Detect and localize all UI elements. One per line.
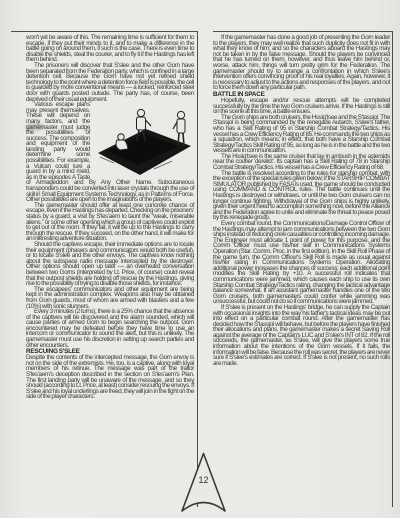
paragraph: If the gamemaster has done a good job of… bbox=[213, 35, 390, 91]
paragraph: Despite the contents of the intercepted … bbox=[26, 355, 194, 400]
paragraph: The escapees' communicators and other eq… bbox=[26, 287, 194, 309]
paragraph: Every combat round, the Communications/D… bbox=[213, 221, 390, 305]
left-column-side-rule bbox=[197, 31, 198, 507]
paragraph: The Hssig'tsee is the same cruiser that … bbox=[213, 154, 390, 171]
paragraph: The gamemaster should offer at least one… bbox=[26, 203, 194, 242]
right-column: If the gamemaster has done a good job of… bbox=[213, 35, 390, 366]
paragraph: won't yet be aware of this. The remainin… bbox=[26, 35, 194, 63]
left-column: won't yet be aware of this. The remainin… bbox=[26, 35, 194, 400]
paragraph: Hopefully, escape and/or rescue attempts… bbox=[213, 98, 390, 115]
right-column-side-rule bbox=[392, 31, 393, 507]
paragraph: If S'slee is present on the Hastings' br… bbox=[213, 305, 390, 367]
paragraph: The prisoners will discover that S'slee … bbox=[26, 63, 194, 102]
paragraph: The Gorn ships are both cruisers, the Hs… bbox=[213, 115, 390, 154]
starfleet-delta-icon: 12 bbox=[180, 452, 227, 515]
right-column-top-rule bbox=[213, 31, 392, 32]
prisoners-illustration bbox=[94, 103, 194, 177]
left-column-top-rule bbox=[11, 31, 197, 32]
page-footer-delta: 12 bbox=[180, 452, 227, 515]
scanned-page: { "doc": { "left": { "p_cont": "won't ye… bbox=[0, 0, 400, 518]
paragraph: Every 3 minutes (2 turns), there is a 25… bbox=[26, 309, 194, 348]
paragraph: Should the captives escape, their immedi… bbox=[26, 242, 194, 287]
illustration-art bbox=[94, 103, 194, 177]
page-number: 12 bbox=[198, 475, 208, 485]
paragraph: The battle is resolved according to the … bbox=[213, 171, 390, 221]
